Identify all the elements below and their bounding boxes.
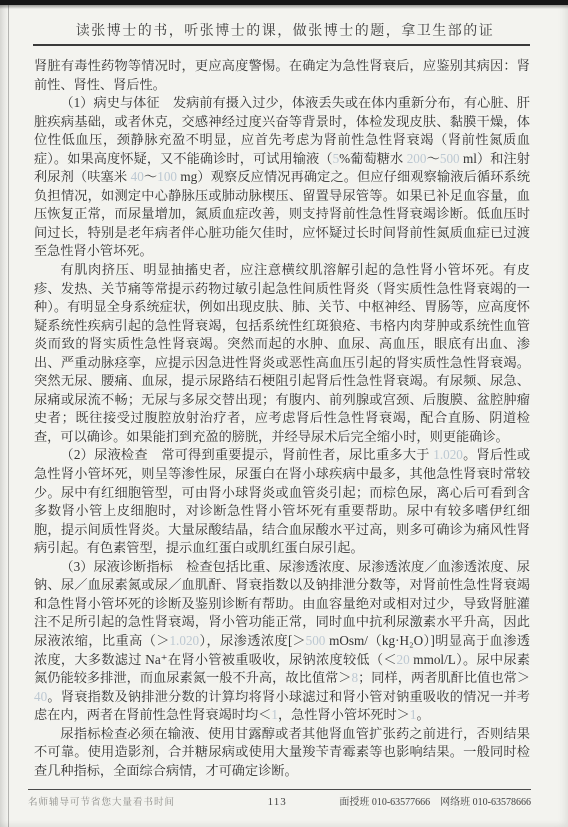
header-slogan: 读张博士的书，听张博士的课，做张博士的题，拿卫生部的证: [40, 20, 530, 40]
text-segment: ），尿渗透浓度[＞: [199, 633, 305, 648]
paragraph: （2）尿液检查 常可得到重要提示，肾前性者，尿比重多大于 1.020。肾后性或急…: [34, 446, 530, 557]
footer-contact: 面授班 010-63577666 网络班 010-63578666: [339, 793, 531, 808]
text-segment: %葡萄糖水: [339, 151, 407, 166]
scan-edge-left-shade: [0, 5, 8, 827]
scan-edge-left: [8, 5, 9, 827]
text-segment: ；同样，两者肌酐比值也常＞: [358, 670, 530, 685]
blank-value: 20: [397, 652, 410, 667]
blank-value: 1: [271, 707, 278, 722]
text-segment: （2）尿液检查 常可得到重要提示，肾前性者，尿比重多大于: [60, 447, 433, 462]
paragraph: 尿指标检查必须在输液、使用甘露醇或者其他肾血管扩张药之前进行，否则结果不可靠。使…: [34, 725, 530, 781]
text-segment: 。: [416, 707, 429, 722]
footer-left-note: 名师辅导可节省您大量看书时间: [28, 794, 175, 808]
blank-value: 40: [34, 689, 47, 704]
paragraph: 有肌肉挤压、明显抽搐史者，应注意横纹肌溶解引起的急性肾小管坏死。有皮疹、发热、关…: [34, 261, 530, 446]
paragraph: （3）尿液诊断指标 检查包括比重、尿渗透浓度、尿渗透浓度／血渗透浓度、尿钠、尿／…: [34, 558, 530, 725]
text-segment: 尿指标检查必须在输液、使用甘露醇或者其他肾血管扩张药之前进行，否则结果不可靠。使…: [34, 726, 530, 778]
paragraph: 肾脏有毒性药物等情况时，更应高度警惕。在确定为急性肾衰后，应鉴别其病因：肾前性、…: [34, 57, 530, 94]
blank-value: 500: [306, 633, 326, 648]
book-page: 读张博士的书，听张博士的课，做张博士的题，拿卫生部的证 肾脏有毒性药物等情况时，…: [0, 0, 568, 827]
page-number: 113: [268, 796, 287, 808]
header-divider: [33, 44, 530, 46]
text-segment: 肾脏有毒性药物等情况时，更应高度警惕。在确定为急性肾衰后，应鉴别其病因：肾前性、…: [34, 58, 530, 92]
blank-value: 1.020: [169, 633, 199, 648]
blank-value: 100: [157, 169, 177, 184]
text-segment: ～: [426, 151, 439, 166]
blank-value: 200: [407, 151, 427, 166]
footer: 名师辅导可节省您大量看书时间 113 面授班 010-63577666 网络班 …: [28, 793, 531, 808]
text-segment: 有肌肉挤压、明显抽搐史者，应注意横纹肌溶解引起的急性肾小管坏死。有皮疹、发热、关…: [34, 262, 530, 444]
footer-divider: [28, 789, 531, 790]
blank-value: 40: [131, 169, 144, 184]
text-segment: 。肾后性或急性肾小管坏死，则呈等渗性尿，尿蛋白在肾小球疾病中最多，其他急性肾衰时…: [34, 447, 530, 555]
text-segment: ，急性肾小管坏死时＞: [278, 707, 410, 722]
paragraph: （1）病史与体征 发病前有摄入过少，体液丢失或在体内重新分布，有心脏、肝脏疾病基…: [34, 94, 530, 261]
blank-value: 500: [440, 151, 460, 166]
scan-edge-top-fade: [0, 5, 568, 9]
body-text: 肾脏有毒性药物等情况时，更应高度警惕。在确定为急性肾衰后，应鉴别其病因：肾前性、…: [34, 57, 530, 780]
blank-value: 1.020: [433, 447, 463, 462]
text-segment: ～: [144, 169, 157, 184]
